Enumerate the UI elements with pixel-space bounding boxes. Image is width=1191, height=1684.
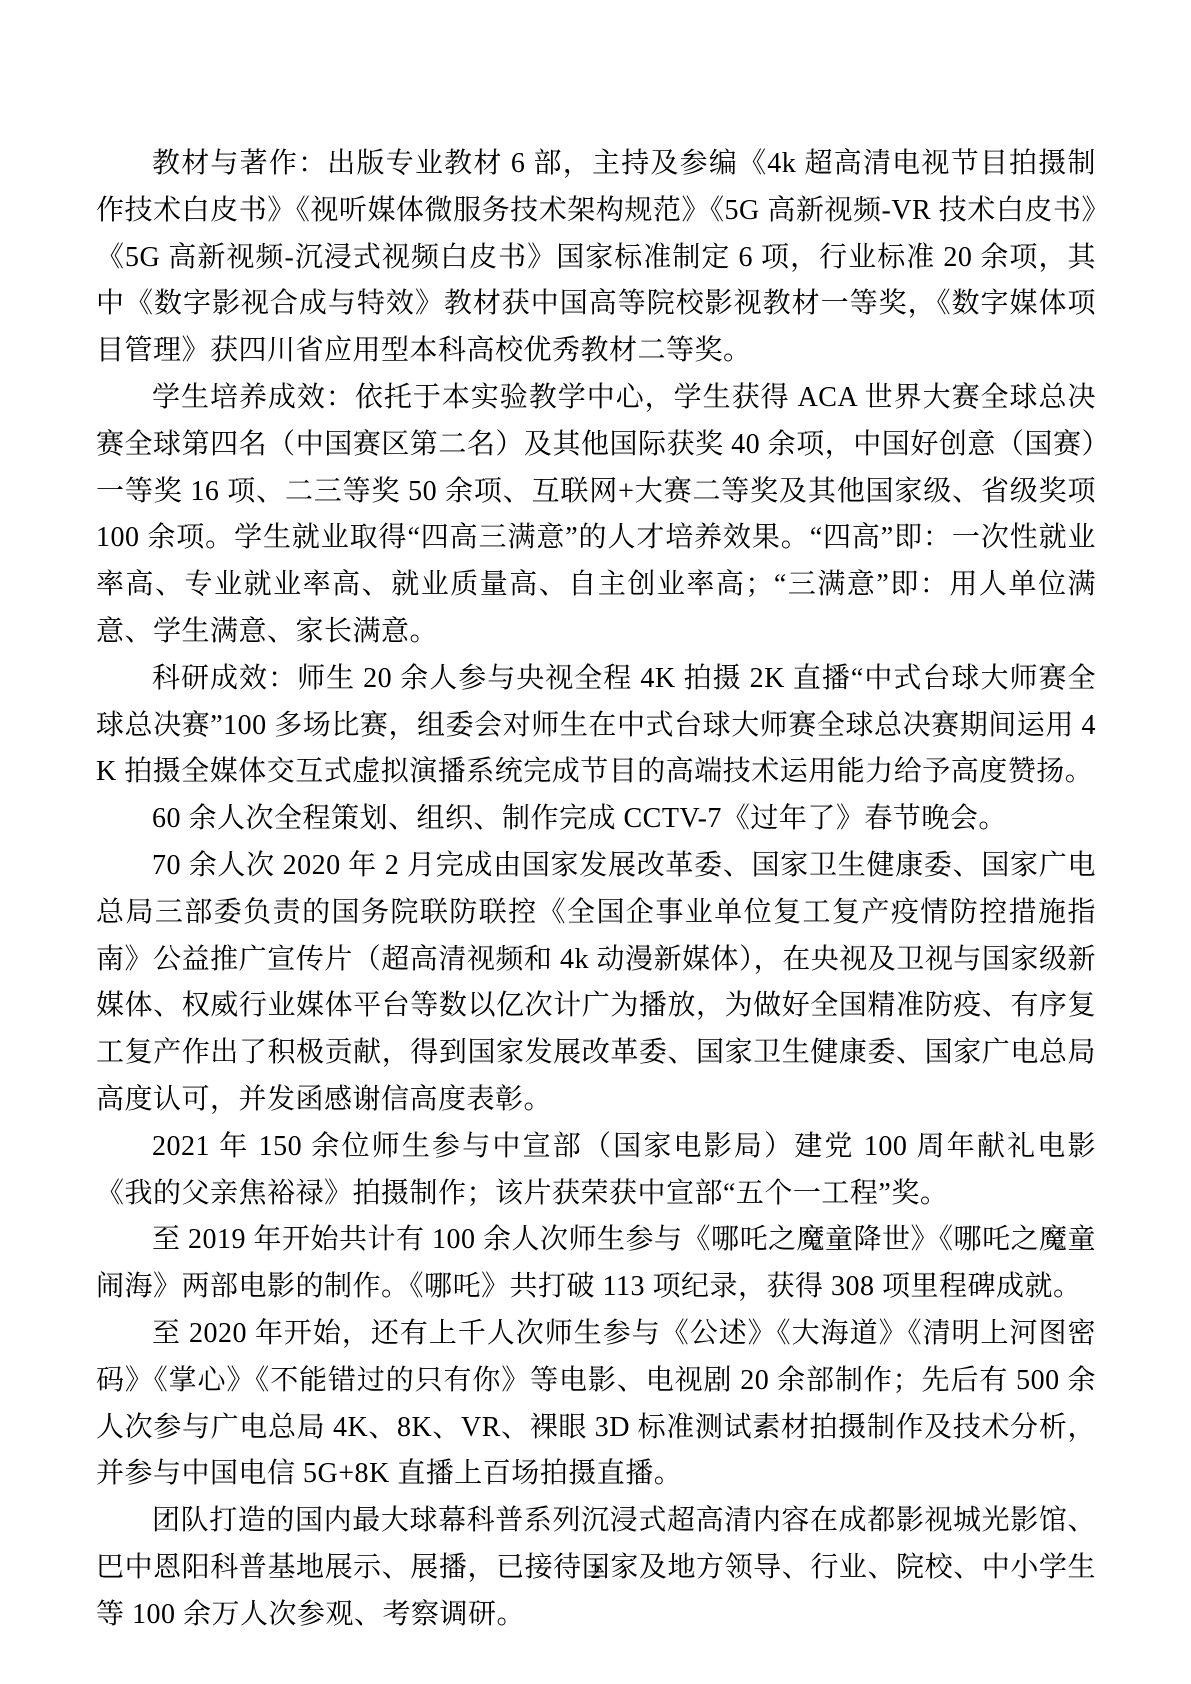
page-number: 2: [0, 1560, 1191, 1584]
paragraph-film-jiaoyulu: 2021 年 150 余位师生参与中宣部（国家电影局）建党 100 周年献礼电影…: [96, 1124, 1096, 1218]
paragraph-teaching-materials: 教材与著作：出版专业教材 6 部，主持及参编《4k 超高清电视节目拍摄制作技术白…: [96, 141, 1096, 375]
document-page: 教材与著作：出版专业教材 6 部，主持及参编《4k 超高清电视节目拍摄制作技术白…: [0, 0, 1191, 1684]
paragraph-tv-productions: 至 2020 年开始，还有上千人次师生参与《公述》《大海道》《清明上河图密码》《…: [96, 1311, 1096, 1498]
paragraph-epidemic-psa: 70 余人次 2020 年 2 月完成由国家发展改革委、国家卫生健康委、国家广电…: [96, 843, 1096, 1124]
text-body: 教材与著作：出版专业教材 6 部，主持及参编《4k 超高清电视节目拍摄制作技术白…: [96, 141, 1096, 1639]
paragraph-nezha-films: 至 2019 年开始共计有 100 余人次师生参与《哪吒之魔童降世》《哪吒之魔童…: [96, 1217, 1096, 1311]
paragraph-cctv7-gala: 60 余人次全程策划、组织、制作完成 CCTV-7《过年了》春节晚会。: [96, 796, 1096, 843]
paragraph-research-results: 科研成效：师生 20 余人参与央视全程 4K 拍摄 2K 直播“中式台球大师赛全…: [96, 656, 1096, 796]
paragraph-student-training: 学生培养成效：依托于本实验教学中心，学生获得 ACA 世界大赛全球总决赛全球第四…: [96, 375, 1096, 656]
